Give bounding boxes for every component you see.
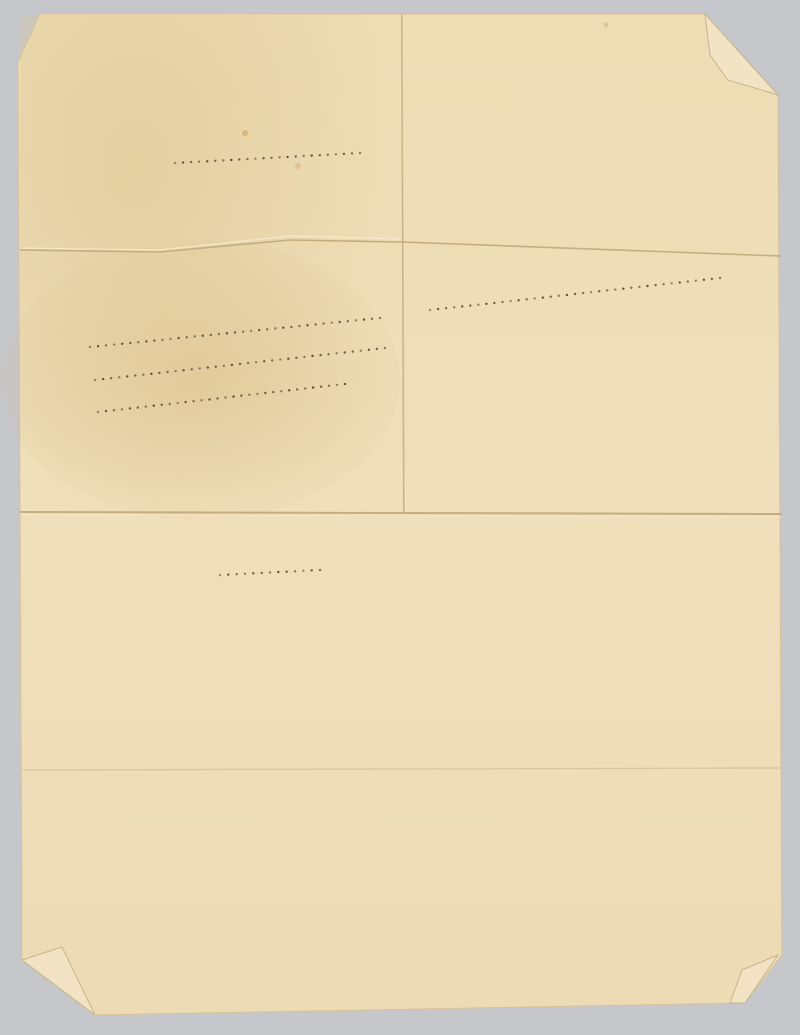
- paper-sheet: [0, 0, 800, 1035]
- document-photo: [0, 0, 800, 1035]
- stain: [0, 240, 400, 520]
